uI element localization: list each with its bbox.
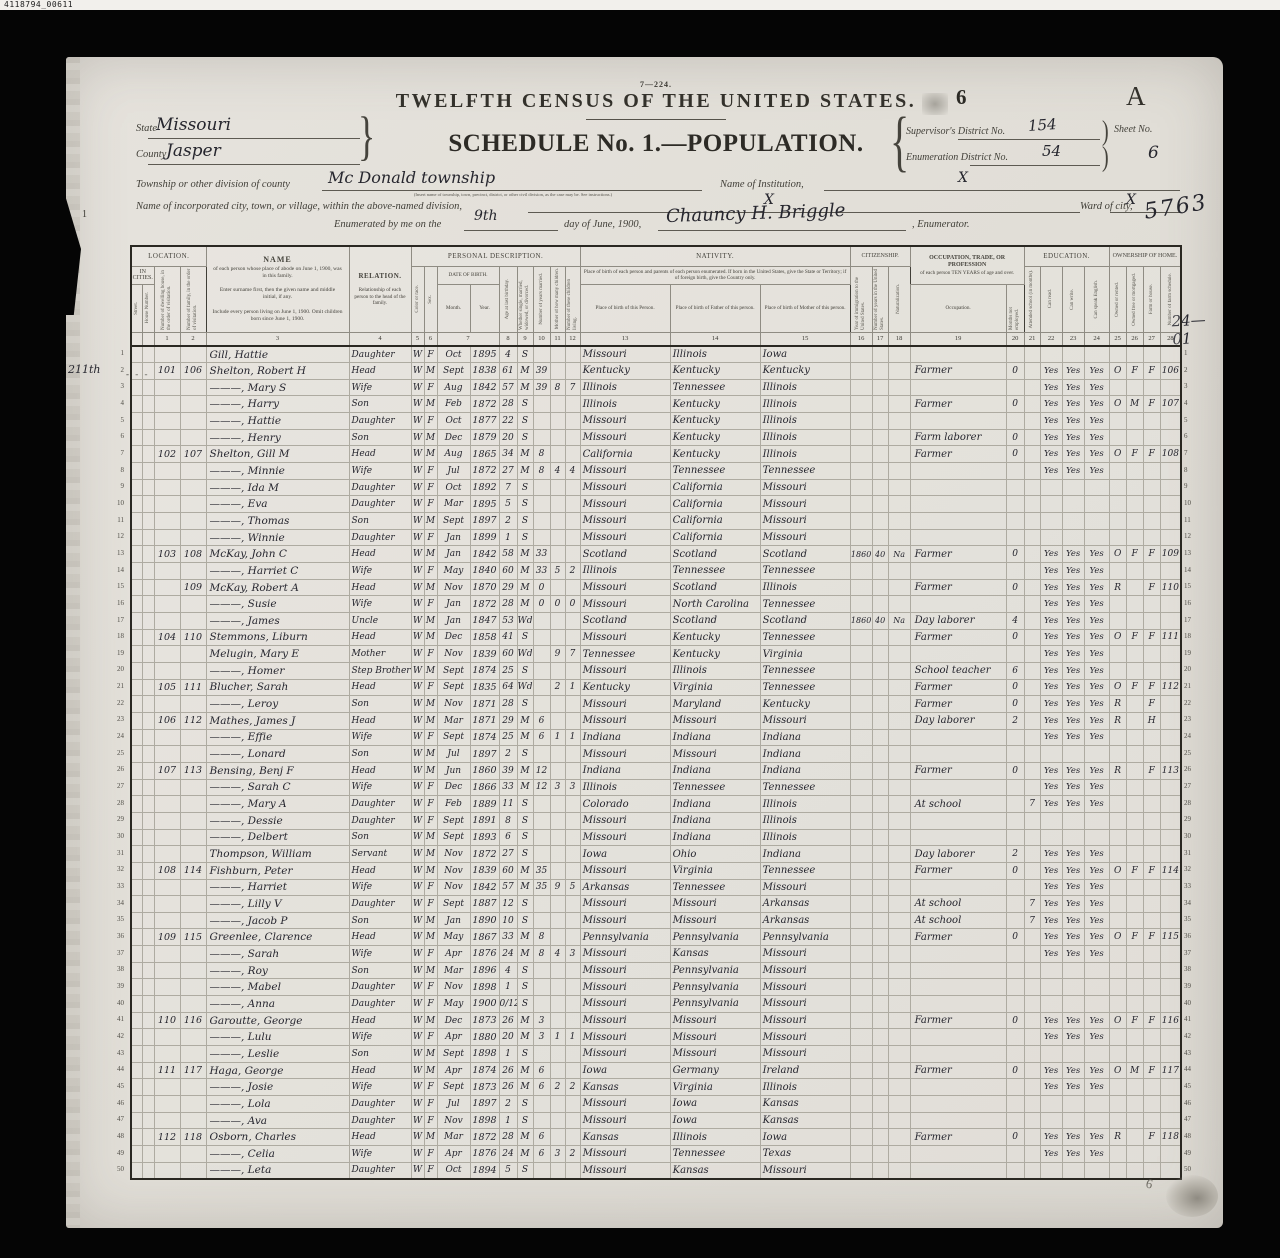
cell-ym: 33 [533, 546, 550, 563]
cell-bm: Sept [437, 829, 470, 846]
cell-by: 1835 [470, 679, 499, 696]
cell-pf: California [670, 513, 760, 530]
cell-race: W [411, 662, 424, 679]
cell-pf: Kentucky [670, 646, 760, 663]
cell-age: 28 [499, 1129, 517, 1146]
cell-wr [1062, 812, 1084, 829]
table-row: ———, JamesUncleWMJan184753WdScotlandScot… [131, 613, 1181, 630]
cell-mo [550, 546, 565, 563]
cell-ym [533, 846, 550, 863]
cell-race: W [411, 896, 424, 913]
table-row: 108114Fishburn, PeterHeadWMNov183960M35M… [131, 862, 1181, 879]
cell-sex: F [424, 996, 437, 1013]
cell-wr: Yes [1062, 1129, 1084, 1146]
cell-bm: Nov [437, 646, 470, 663]
county-value: Jasper [166, 141, 221, 161]
line-number: 49 [1184, 1145, 1200, 1162]
table-row: ———, LonardSonWMJul18972SMissouriMissour… [131, 746, 1181, 763]
cell-sc [1024, 979, 1040, 996]
cell-en [1084, 812, 1109, 829]
cell-iy [850, 646, 872, 663]
cell-bm: Jan [437, 529, 470, 546]
cell-hn [142, 563, 154, 580]
cell-name: ———, Lonard [206, 746, 349, 763]
table-row: ———, LetaDaughterWFOct18945SMissouriKans… [131, 1162, 1181, 1179]
cell-by: 1872 [470, 596, 499, 613]
cell-nz [888, 646, 910, 663]
cell-ow [1109, 1162, 1126, 1179]
line-number: 22 [1184, 695, 1200, 712]
cell-rd: Yes [1040, 396, 1062, 413]
cell-mo: 4 [550, 463, 565, 480]
cell-pm: Missouri [760, 979, 850, 996]
cell-fam [180, 1162, 206, 1179]
cell-race: W [411, 1162, 424, 1179]
cell-ow: R [1109, 696, 1126, 713]
cell-name: McKay, John C [206, 546, 349, 563]
paper-curl [1166, 1175, 1218, 1217]
line-number: 50 [106, 1161, 124, 1178]
cell-fm [1126, 1096, 1143, 1113]
sheet-no-value: 6 [1148, 143, 1159, 163]
cell-dw [154, 1112, 180, 1129]
institution-value: X [958, 170, 968, 186]
cell-occ: Farmer [910, 396, 1006, 413]
cell-pm: Indiana [760, 762, 850, 779]
cell-ym [533, 529, 550, 546]
cell-hn [142, 762, 154, 779]
cell-name: ———, Minnie [206, 463, 349, 480]
cell-rel: Wife [349, 1029, 411, 1046]
cell-sc [1024, 879, 1040, 896]
cell-nz: Na [888, 613, 910, 630]
cell-name: ———, Lulu [206, 1029, 349, 1046]
line-number: 32 [106, 861, 124, 878]
cell-by: 1874 [470, 662, 499, 679]
cell-ow [1109, 996, 1126, 1013]
cell-dw [154, 1096, 180, 1113]
cell-en: Yes [1084, 679, 1109, 696]
cell-fh [1143, 1029, 1160, 1046]
table-row: 106112Mathes, James JHeadWMMar187129M6Mi… [131, 712, 1181, 729]
cell-iy [850, 962, 872, 979]
cell-mo [550, 496, 565, 513]
cell-li [565, 396, 580, 413]
cell-rd: Yes [1040, 712, 1062, 729]
cell-sc: 7 [1024, 912, 1040, 929]
col-date-of-birth: DATE OF BIRTH. [437, 266, 499, 284]
cell-rd: Yes [1040, 629, 1062, 646]
cell-fh: F [1143, 696, 1160, 713]
cell-mar: M [517, 446, 533, 463]
cell-mo [550, 912, 565, 929]
enumerated-label: Enumerated by me on the [334, 219, 441, 230]
cell-iu [872, 796, 888, 813]
cell-pb: Missouri [580, 896, 670, 913]
cell-rel: Mother [349, 646, 411, 663]
cell-li: 2 [565, 1146, 580, 1163]
cell-hn [142, 346, 154, 363]
cell-bm: May [437, 996, 470, 1013]
cell-wr: Yes [1062, 712, 1084, 729]
cell-sex: M [424, 613, 437, 630]
cell-mar: S [517, 796, 533, 813]
line-number: 29 [1184, 811, 1200, 828]
cell-iy [850, 363, 872, 380]
line-number: 23 [1184, 711, 1200, 728]
cell-mar: M [517, 563, 533, 580]
cell-bm: Feb [437, 396, 470, 413]
cell-hn [142, 712, 154, 729]
cell-nz [888, 946, 910, 963]
cell-pf: Iowa [670, 1112, 760, 1129]
cell-occ [910, 379, 1006, 396]
cell-iu [872, 762, 888, 779]
row-numbers-right: 1234567891011121314151617181920212223242… [1184, 345, 1200, 1178]
cell-pm: Illinois [760, 796, 850, 813]
cell-dw: 111 [154, 1062, 180, 1079]
line-number: 5 [1184, 412, 1200, 429]
cell-fm [1126, 646, 1143, 663]
cell-fam [180, 996, 206, 1013]
cell-race: W [411, 712, 424, 729]
cell-en: Yes [1084, 379, 1109, 396]
cell-rel: Daughter [349, 1096, 411, 1113]
line-number: 40 [1184, 995, 1200, 1012]
cell-rd: Yes [1040, 1029, 1062, 1046]
cell-fh [1143, 479, 1160, 496]
cell-pf: Kentucky [670, 429, 760, 446]
cell-age: 26 [499, 1062, 517, 1079]
line-number: 7 [106, 445, 124, 462]
cell-occ [910, 729, 1006, 746]
line-number: 48 [1184, 1128, 1200, 1145]
cell-by: 1895 [470, 496, 499, 513]
cell-li [565, 746, 580, 763]
cell-ow [1109, 613, 1126, 630]
line-number: 42 [1184, 1028, 1200, 1045]
cell-iy [850, 563, 872, 580]
cell-pf: Germany [670, 1062, 760, 1079]
cell-rd: Yes [1040, 1129, 1062, 1146]
cell-fn [1160, 1046, 1181, 1063]
cell-rd: Yes [1040, 779, 1062, 796]
cell-st [131, 696, 142, 713]
cell-li: 5 [565, 879, 580, 896]
cell-iu [872, 529, 888, 546]
cell-name: ———, Homer [206, 662, 349, 679]
cell-fm [1126, 379, 1143, 396]
line-number: 19 [106, 645, 124, 662]
cell-hn [142, 613, 154, 630]
cell-age: 25 [499, 729, 517, 746]
institution-line [824, 190, 1180, 191]
serial-annotation: 5763 [1142, 190, 1209, 225]
cell-pm: Kentucky [760, 696, 850, 713]
cell-pb: Missouri [580, 1162, 670, 1179]
cell-occ [910, 529, 1006, 546]
cell-mn [1006, 946, 1024, 963]
cell-iy [850, 413, 872, 430]
cell-rd: Yes [1040, 862, 1062, 879]
cell-fam: 116 [180, 1012, 206, 1029]
cell-fn [1160, 779, 1181, 796]
cell-rel: Son [349, 829, 411, 846]
cell-name: McKay, Robert A [206, 579, 349, 596]
cell-occ [910, 996, 1006, 1013]
cell-rd: Yes [1040, 1146, 1062, 1163]
cell-fh [1143, 596, 1160, 613]
cell-nz [888, 796, 910, 813]
cell-rel: Head [349, 1012, 411, 1029]
cell-en: Yes [1084, 563, 1109, 580]
cell-fm [1126, 579, 1143, 596]
cell-by: 1866 [470, 779, 499, 796]
cell-race: W [411, 596, 424, 613]
cell-pf: Kentucky [670, 363, 760, 380]
cell-mn [1006, 1096, 1024, 1113]
col-street: Street. [131, 284, 142, 332]
cell-iu: 40 [872, 546, 888, 563]
cell-wr: Yes [1062, 879, 1084, 896]
cell-ow [1109, 662, 1126, 679]
cell-race: W [411, 1129, 424, 1146]
cell-ow [1109, 846, 1126, 863]
table-row: ———, MabelDaughterWFNov18981SMissouriPen… [131, 979, 1181, 996]
cell-fn [1160, 946, 1181, 963]
cell-dw: 106 [154, 712, 180, 729]
cell-nz [888, 1012, 910, 1029]
cell-bm: Dec [437, 779, 470, 796]
cell-pf: Indiana [670, 812, 760, 829]
cell-race: W [411, 746, 424, 763]
cell-fh [1143, 513, 1160, 530]
cell-by: 1860 [470, 762, 499, 779]
cell-fm [1126, 879, 1143, 896]
cell-ym [533, 629, 550, 646]
cell-ym: 8 [533, 463, 550, 480]
cell-fm [1126, 346, 1143, 363]
cell-wr [1062, 996, 1084, 1013]
cell-mar: M [517, 379, 533, 396]
cell-pb: Missouri [580, 629, 670, 646]
cell-rel: Head [349, 679, 411, 696]
cell-dw [154, 746, 180, 763]
cell-sex: M [424, 1062, 437, 1079]
cell-dw [154, 513, 180, 530]
cell-st [131, 729, 142, 746]
line-number: 8 [1184, 462, 1200, 479]
cell-name: Shelton, Gill M [206, 446, 349, 463]
cell-by: 1894 [470, 1162, 499, 1179]
cell-pf: Ohio [670, 846, 760, 863]
cell-en [1084, 1046, 1109, 1063]
line-number: 38 [106, 961, 124, 978]
cell-wr: Yes [1062, 563, 1084, 580]
cell-pf: Kentucky [670, 396, 760, 413]
cell-hn [142, 912, 154, 929]
cell-nz [888, 912, 910, 929]
cell-rel: Daughter [349, 996, 411, 1013]
cell-ym [533, 346, 550, 363]
cell-age: 39 [499, 762, 517, 779]
cell-race: W [411, 879, 424, 896]
cell-fh: F [1143, 629, 1160, 646]
cell-li [565, 829, 580, 846]
col-age: Age at last birthday. [499, 266, 517, 332]
cell-hn [142, 463, 154, 480]
line-number: 49 [106, 1145, 124, 1162]
cell-name: ———, Henry [206, 429, 349, 446]
cell-mn: 0 [1006, 363, 1024, 380]
census-rows: Gill, HattieDaughterWFOct18954SMissouriI… [131, 346, 1181, 1179]
cell-rel: Wife [349, 1079, 411, 1096]
cell-ym [533, 996, 550, 1013]
cell-dw [154, 379, 180, 396]
cell-ym [533, 1096, 550, 1113]
cell-pb: Kansas [580, 1079, 670, 1096]
cell-st [131, 1146, 142, 1163]
cell-ow [1109, 1079, 1126, 1096]
cell-wr: Yes [1062, 1146, 1084, 1163]
cell-pm: Illinois [760, 446, 850, 463]
col-house-number: House Number. [142, 284, 154, 332]
cell-race: W [411, 546, 424, 563]
cell-mo [550, 1062, 565, 1079]
table-row: ———, Jacob PSonWMJan189010SMissouriMisso… [131, 912, 1181, 929]
cell-pb: Missouri [580, 662, 670, 679]
col-group-location: LOCATION. [131, 246, 206, 266]
cell-rel: Daughter [349, 979, 411, 996]
cell-nz [888, 762, 910, 779]
table-row: ———, MinnieWifeWFJul187227M844MissouriTe… [131, 463, 1181, 480]
col-group-education: EDUCATION. [1024, 246, 1109, 266]
cell-ym [533, 662, 550, 679]
cell-rd [1040, 812, 1062, 829]
cell-bm: Jan [437, 596, 470, 613]
cell-fm: F [1126, 363, 1143, 380]
cell-mar: Wd [517, 646, 533, 663]
cell-fam [180, 513, 206, 530]
cell-race: W [411, 762, 424, 779]
cell-iu [872, 629, 888, 646]
cell-by: 1870 [470, 579, 499, 596]
cell-fm [1126, 729, 1143, 746]
cell-name: ———, Thomas [206, 513, 349, 530]
cell-st [131, 1046, 142, 1063]
cell-en [1084, 529, 1109, 546]
cell-mo [550, 1162, 565, 1179]
cell-bm: Sept [437, 363, 470, 380]
line-number: 15 [106, 578, 124, 595]
cell-sc [1024, 1079, 1040, 1096]
cell-rd [1040, 513, 1062, 530]
cell-fh: F [1143, 1012, 1160, 1029]
cell-fh [1143, 1046, 1160, 1063]
cell-mar: M [517, 879, 533, 896]
cell-by: 1877 [470, 413, 499, 430]
page-stamp: 6 [956, 85, 967, 110]
cell-fh [1143, 1096, 1160, 1113]
cell-age: 2 [499, 1096, 517, 1113]
cell-pb: Missouri [580, 712, 670, 729]
cell-mar: Wd [517, 613, 533, 630]
cell-mo: 4 [550, 946, 565, 963]
cell-race: W [411, 929, 424, 946]
cell-rel: Daughter [349, 896, 411, 913]
cell-iy [850, 879, 872, 896]
cell-ym [533, 1162, 550, 1179]
cell-pf: Kentucky [670, 446, 760, 463]
cell-nz [888, 929, 910, 946]
cell-name: Fishburn, Peter [206, 862, 349, 879]
cell-bm: Jul [437, 1096, 470, 1113]
cell-mar: M [517, 1129, 533, 1146]
cell-iu [872, 479, 888, 496]
cell-rd: Yes [1040, 613, 1062, 630]
cell-fn [1160, 879, 1181, 896]
cell-nz [888, 979, 910, 996]
cell-hn [142, 946, 154, 963]
cell-en: Yes [1084, 429, 1109, 446]
cell-pf: Kentucky [670, 629, 760, 646]
cell-wr: Yes [1062, 896, 1084, 913]
line-number: 24 [1184, 728, 1200, 745]
cell-sex: M [424, 429, 437, 446]
cell-occ: Farmer [910, 546, 1006, 563]
cell-fm [1126, 829, 1143, 846]
cell-bm: Apr [437, 946, 470, 963]
cell-nz [888, 446, 910, 463]
cell-name: Greenlee, Clarence [206, 929, 349, 946]
cell-en: Yes [1084, 912, 1109, 929]
col-group-personal: PERSONAL DESCRIPTION. [411, 246, 580, 266]
cell-iu [872, 596, 888, 613]
cell-by: 1895 [470, 346, 499, 363]
cell-ym [533, 746, 550, 763]
table-row: ———, Lilly VDaughterWFSept188712SMissour… [131, 896, 1181, 913]
cell-pb: Scotland [580, 613, 670, 630]
cell-pb: Indiana [580, 729, 670, 746]
cell-fam [180, 729, 206, 746]
cell-dw [154, 396, 180, 413]
film-strip: 4118794_00611 [0, 0, 1280, 10]
cell-name: ———, Winnie [206, 529, 349, 546]
line-number: 4 [106, 395, 124, 412]
cell-hn [142, 679, 154, 696]
cell-wr [1062, 1046, 1084, 1063]
cell-en [1084, 346, 1109, 363]
col-owned-rented: Owned or rented. [1109, 266, 1126, 332]
cell-iy [850, 429, 872, 446]
cell-sex: M [424, 629, 437, 646]
cell-rd [1040, 1162, 1062, 1179]
cell-mo: 5 [550, 563, 565, 580]
cell-occ [910, 829, 1006, 846]
cell-mn: 0 [1006, 1129, 1024, 1146]
cell-fm [1126, 1146, 1143, 1163]
cell-fam [180, 746, 206, 763]
cell-pm: Tennessee [760, 596, 850, 613]
cell-ow [1109, 379, 1126, 396]
cell-race: W [411, 1046, 424, 1063]
cell-by: 1842 [470, 546, 499, 563]
cell-age: 26 [499, 1012, 517, 1029]
cell-iu [872, 563, 888, 580]
col-group-citizenship: CITIZENSHIP. [850, 246, 910, 266]
cell-hn [142, 646, 154, 663]
cell-li: 3 [565, 779, 580, 796]
